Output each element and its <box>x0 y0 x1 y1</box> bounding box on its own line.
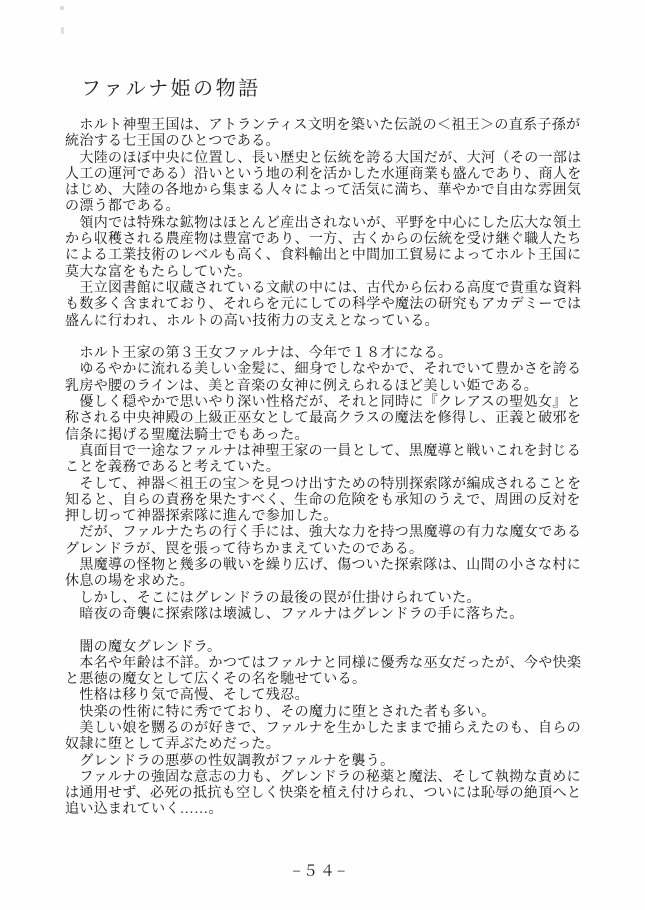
text-line: も数多く含まれており、それらを元にしての科学や魔法の研究もアカデミーでは <box>65 297 605 313</box>
section-glendra-profile: 闇の魔女グレンドラ。 本名や年齢は不詳。かつてはファルナと同様に優秀な巫女だった… <box>65 640 605 819</box>
body-text: ホルト神聖王国は、アトランティス文明を築いた伝説の＜祖王＞の直系子孫が統治する七… <box>65 118 605 819</box>
text-line: 領内では特殊な鉱物はほとんど産出されないが、平野を中心にした広大な領土 <box>65 216 605 232</box>
scan-speck <box>60 6 64 10</box>
text-line: 称される中央神殿の上級正巫女として最高クラスの魔法を修得し、正義と破邪を <box>65 411 605 427</box>
section-farna-story: ホルト王家の第３王女ファルナは、今年で１８才になる。 ゆるやかに流れる美しい金髪… <box>65 346 605 623</box>
text-line: から収穫される農産物は豊富であり、一方、古くからの伝統を受け継ぐ職人たち <box>65 232 605 248</box>
text-line: 押し切って神器探索隊に進んで参加した。 <box>65 509 605 525</box>
text-line: 莫大な富をもたらしていた。 <box>65 265 605 281</box>
text-line: ホルト神聖王国は、アトランティス文明を築いた伝説の＜祖王＞の直系子孫が <box>65 118 605 134</box>
text-line: だが、ファルナたちの行く手には、強大な力を持つ黒魔導の有力な魔女である <box>65 525 605 541</box>
text-line: 追い込まれていく……。 <box>65 802 605 818</box>
scan-speck <box>61 27 64 34</box>
text-line: 真面目で一途なファルナは神聖王家の一員として、黒魔導と戦いこれを封じる <box>65 444 605 460</box>
text-line: の漂う都である。 <box>65 199 605 215</box>
text-line: しかし、そこにはグレンドラの最後の罠が仕掛けられていた。 <box>65 591 605 607</box>
text-line: グレンドラが、罠を張って待ちかまえていたのである。 <box>65 542 605 558</box>
text-line: そして、神器＜祖王の宝＞を見つけ出すための特別探索隊が編成されることを <box>65 477 605 493</box>
text-line: 王立図書館に収蔵されている文献の中には、古代から伝わる高度で貴重な資料 <box>65 281 605 297</box>
text-line: 人工の運河である）沿いという地の利を活かした水運商業も盛んであり、商人を <box>65 167 605 183</box>
text-line: と悪徳の魔女として広くその名を馳せている。 <box>65 672 605 688</box>
text-line: ことを義務であると考えていた。 <box>65 460 605 476</box>
text-line: 黒魔導の怪物と幾多の戦いを繰り広げ、傷ついた探索隊は、山間の小さな村に <box>65 558 605 574</box>
text-line: 乳房や腰のラインは、美と音楽の女神に例えられるほど美しい姫である。 <box>65 379 605 395</box>
text-line: 快楽の性術に特に秀でており、その魔力に堕とされた者も多い。 <box>65 705 605 721</box>
text-line: 優しく穏やかで思いやり深い性格だが、それと同時に『クレアスの聖処女』と <box>65 395 605 411</box>
text-line: 信条に掲げる聖魔法騎士でもあった。 <box>65 428 605 444</box>
text-line: グレンドラの悪夢の性奴調教がファルナを襲う。 <box>65 754 605 770</box>
text-line: は通用せず、必死の抵抗も空しく快楽を植え付けられ、ついには恥辱の絶頂へと <box>65 786 605 802</box>
text-line: 大陸のほぼ中央に位置し、長い歴史と伝統を誇る大国だが、大河（その一部は <box>65 151 605 167</box>
text-line: 暗夜の奇襲に探索隊は壊滅し、ファルナはグレンドラの手に落ちた。 <box>65 607 605 623</box>
text-line: 休息の場を求めた。 <box>65 574 605 590</box>
scanned-page: ファルナ姫の物語 ホルト神聖王国は、アトランティス文明を築いた伝説の＜祖王＞の直… <box>0 0 645 910</box>
text-line: 美しい娘を嬲るのが好きで、ファルナを生かしたままで捕らえたのも、自らの <box>65 721 605 737</box>
text-line: ゆるやかに流れる美しい金髪に、細身でしなやかで、それでいて豊かさを誇る <box>65 362 605 378</box>
text-line: 奴隷に堕として弄ぶためだった。 <box>65 737 605 753</box>
text-line: 知ると、自らの責務を果たすべく、生命の危険をも承知のうえで、周囲の反対を <box>65 493 605 509</box>
section-kingdom-intro: ホルト神聖王国は、アトランティス文明を築いた伝説の＜祖王＞の直系子孫が統治する七… <box>65 118 605 330</box>
text-line: はじめ、大陸の各地から集まる人々によって活気に満ち、華やかで自由な雰囲気 <box>65 183 605 199</box>
text-line: 盛んに行われ、ホルトの高い技術力の支えとなっている。 <box>65 314 605 330</box>
text-line: 統治する七王国のひとつである。 <box>65 134 605 150</box>
page-title: ファルナ姫の物語 <box>81 72 261 101</box>
text-line: 闇の魔女グレンドラ。 <box>65 640 605 656</box>
text-line: 本名や年齢は不詳。かつてはファルナと同様に優秀な巫女だったが、今や快楽 <box>65 656 605 672</box>
text-line: ファルナの強固な意志の力も、グレンドラの秘薬と魔法、そして執拗な責めに <box>65 770 605 786</box>
text-line: ホルト王家の第３王女ファルナは、今年で１８才になる。 <box>65 346 605 362</box>
text-line: 性格は移り気で高慢、そして残忍。 <box>65 688 605 704</box>
text-line: による工業技術のレベルも高く、食料輸出と中間加工貿易によってホルト王国に <box>65 248 605 264</box>
page-number: −５４− <box>0 860 640 881</box>
